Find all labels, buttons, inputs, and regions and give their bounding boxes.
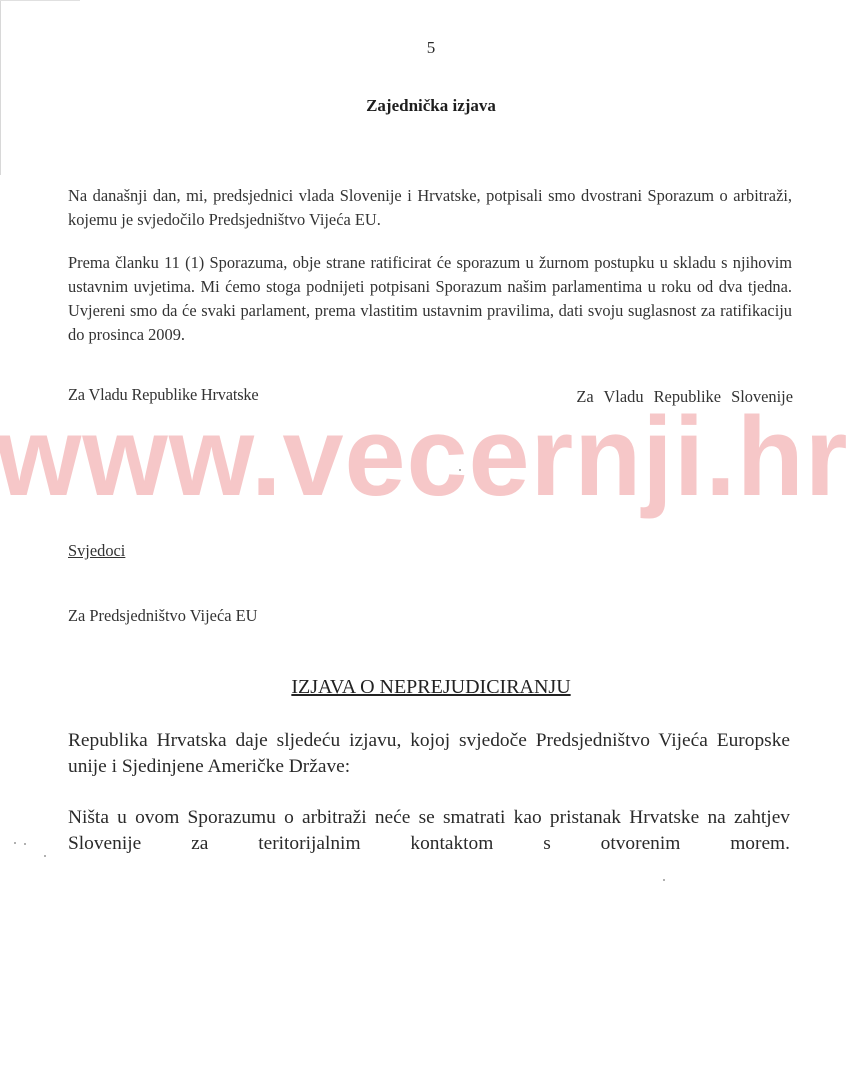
page-edge	[0, 0, 1, 175]
scan-speck	[663, 879, 665, 881]
page-number: 5	[0, 38, 855, 58]
scan-speck	[24, 843, 26, 845]
scan-speck	[14, 842, 16, 844]
scan-speck	[459, 469, 461, 471]
scan-speck	[44, 855, 46, 857]
statement-body: Ništa u ovom Sporazumu o arbitraži neće …	[68, 805, 790, 857]
paragraph-ratification: Prema članku 11 (1) Sporazuma, obje stra…	[68, 251, 792, 347]
watermark: www.vecernji.hr	[0, 402, 849, 512]
page-edge-top	[0, 0, 80, 1]
witnesses-label: Svjedoci	[68, 541, 125, 561]
signature-eu-presidency: Za Predsjedništvo Vijeća EU	[68, 606, 257, 626]
document-title: Zajednička izjava	[0, 96, 855, 116]
statement-intro: Republika Hrvatska daje sljedeću izjavu,…	[68, 728, 790, 780]
section-heading: IZJAVA O NEPREJUDICIRANJU	[0, 676, 855, 699]
paragraph-signing: Na današnji dan, mi, predsjednici vlada …	[68, 184, 792, 232]
